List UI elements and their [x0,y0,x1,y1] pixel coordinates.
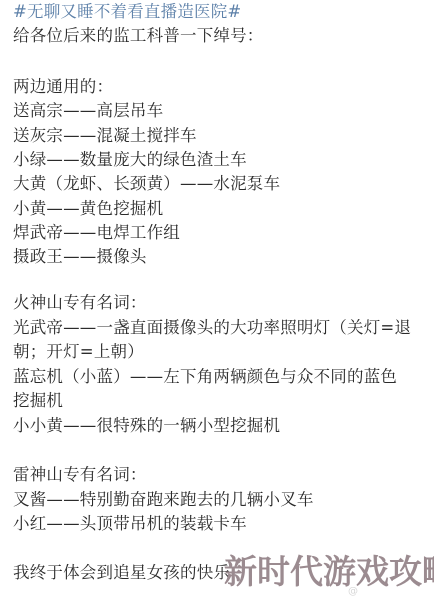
hashtag-link[interactable]: #无聊又睡不着看直播造医院# [13,0,241,24]
nickname-line-continued: 朝；开灯=上朝） [13,340,144,364]
intro-text: 给各位后来的监工科普一下绰号： [13,24,264,48]
nickname-line: 送高宗——高层吊车 [13,99,163,123]
closing-text: 我终于体会到追星女孩的快乐 [13,561,230,585]
section-heading-leishenshan: 雷神山专有名词： [13,463,147,487]
nickname-line: 小红——头顶带吊机的装载卡车 [13,512,247,536]
section-heading-common: 两边通用的： [13,75,113,99]
nickname-line-continued: 挖掘机 [13,389,63,413]
nickname-line: 摄政王——摄像头 [13,245,147,269]
nickname-line: 小小黄——很特殊的一辆小型挖掘机 [13,414,280,438]
nickname-line: 叉酱——特别勤奋跑来跑去的几辆小叉车 [13,488,314,512]
nickname-line: 小黄——黄色挖掘机 [13,197,163,221]
nickname-line: 焊武帝——电焊工作组 [13,221,180,245]
nickname-line: 大黄（龙虾、长颈黄）——水泥泵车 [13,172,280,196]
nickname-line: 蓝忘机（小蓝）——左下角两辆颜色与众不同的蓝色 [13,365,397,389]
weibo-watermark: @ [348,586,358,598]
section-heading-huoshenshan: 火神山专有名词： [13,291,147,315]
nickname-line: 小绿——数量庞大的绿色渣土车 [13,148,247,172]
nickname-line: 送灰宗——混凝土搅拌车 [13,124,197,148]
nickname-line: 光武帝——一盏直面摄像头的大功率照明灯（关灯=退 [13,316,411,340]
site-watermark: 新时代游戏攻略 [224,552,434,592]
